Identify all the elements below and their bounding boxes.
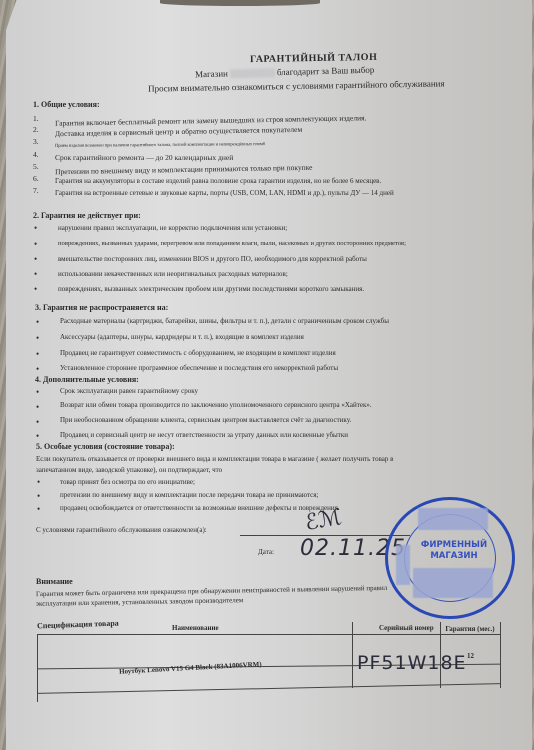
table-cell-name: Ноутбук Lenovo V15 G4 Black (83A1006VRM) — [119, 660, 262, 675]
stamp-line-1: ФИРМЕННЫЙ — [410, 540, 498, 551]
stamp-redacted-area — [396, 545, 410, 585]
section-5-paragraph-line-1: Если покупатель отказывается от проверки… — [36, 455, 393, 463]
table-border-right — [500, 622, 501, 688]
list-item: повреждениях, вызванных электрическим пр… — [58, 285, 364, 293]
table-border-bottom — [37, 683, 501, 694]
stamp-redacted-area — [413, 568, 493, 598]
list-item: Гарантия на аккумуляторы в составе издел… — [55, 177, 381, 185]
list-item: Продавец и сервисный центр не несут отве… — [60, 431, 348, 439]
warranty-card: ГАРАНТИЙНЫЙ ТАЛОН Магазинблагодарит за В… — [0, 0, 534, 750]
item-number: 4. — [33, 150, 39, 159]
list-item: Возврат или обмен товара производится по… — [60, 401, 372, 409]
bullet: • — [34, 269, 37, 279]
list-item: Продавец не гарантирует совместимость с … — [60, 349, 336, 357]
stamp-text: ФИРМЕННЫЙ МАГАЗИН — [410, 540, 498, 562]
list-item: При необоснованном обращении клиента, се… — [60, 416, 351, 424]
stamp-redacted-area — [418, 508, 488, 530]
column-header-name: Наименование — [172, 624, 219, 632]
store-stamp: ФИРМЕННЫЙ МАГАЗИН — [385, 497, 515, 619]
list-item: Срок гарантийного ремонта — до 20 календ… — [55, 153, 233, 162]
item-number: 1. — [33, 114, 39, 123]
bullet: • — [36, 349, 39, 359]
list-item: Установленное стороннее программное обес… — [60, 364, 338, 372]
list-item: Приём изделия возможен при наличии гаран… — [55, 141, 265, 148]
column-header-serial: Серийный номер — [379, 624, 434, 632]
bullet: • — [36, 431, 39, 441]
table-column-divider — [352, 622, 353, 688]
section-1-heading: 1. Общие условия: — [33, 100, 100, 109]
acknowledgement-text: С условиями гарантийного обслуживания оз… — [36, 526, 207, 534]
redacted-shop-name — [230, 69, 275, 79]
item-number: 5. — [33, 162, 39, 171]
bullet: • — [36, 417, 39, 427]
list-item: Гарантия на встроенные сетевые и звуковы… — [55, 189, 394, 197]
bullet: • — [34, 239, 37, 249]
list-item: вмешательстве посторонних лиц, изменении… — [58, 255, 367, 263]
bullet: • — [34, 284, 37, 294]
section-5-heading: 5. Особые условия (состояние товара): — [36, 442, 175, 451]
list-item: Срок эксплуатации равен гарантийному сро… — [60, 387, 198, 395]
customer-signature: ℰℳ — [303, 505, 344, 536]
item-number: 7. — [33, 186, 39, 195]
section-2-heading: 2. Гарантия не действует при: — [33, 211, 141, 220]
document-title: ГАРАНТИЙНЫЙ ТАЛОН — [250, 52, 378, 65]
bullet: • — [36, 317, 39, 327]
thanks-suffix: благодарит за Ваш выбор — [277, 65, 375, 78]
list-item: Расходные материалы (картриджи, батарейк… — [60, 317, 389, 325]
attention-heading: Внимание — [36, 577, 73, 586]
list-item: использовании некачественных или неориги… — [58, 270, 288, 278]
bullet: • — [37, 477, 40, 487]
list-item: продавец освобождается от ответственност… — [60, 504, 340, 512]
section-3-heading: 3. Гарантия не распространяется на: — [35, 303, 168, 312]
bullet: • — [34, 254, 37, 264]
bullet: • — [34, 223, 37, 233]
thanks-prefix: Магазин — [195, 68, 228, 79]
date-label: Дата: — [258, 548, 274, 556]
list-item: товар принят без осмотра по его инициати… — [60, 478, 195, 486]
bullet: • — [36, 402, 39, 412]
column-header-warranty: Гарантия (мес.) — [445, 625, 495, 633]
bullet: • — [36, 333, 39, 343]
bullet: • — [37, 491, 40, 501]
intro-line: Просим внимательно ознакомиться с услови… — [148, 78, 445, 93]
bullet: • — [37, 504, 40, 514]
stamp-line-2: МАГАЗИН — [410, 551, 498, 562]
bullet: • — [36, 387, 39, 397]
bullet: • — [36, 364, 39, 374]
table-border-top — [37, 634, 501, 635]
section-4-heading: 4. Дополнительные условия: — [35, 375, 139, 384]
list-item: претензии по внешнему виду и комплектаци… — [60, 491, 318, 499]
table-cell-serial: PF51W18E — [357, 652, 467, 674]
section-5-paragraph-line-2: запечатанном виде, заводской упаковке), … — [36, 466, 222, 474]
attention-line-2: эксплуатации или хранения, установленных… — [36, 596, 243, 608]
item-number: 3. — [33, 137, 39, 146]
list-item: Претензии по внешнему виду и комплектаци… — [55, 163, 313, 176]
list-item: повреждениях, вызванных ударами, перегре… — [58, 240, 406, 247]
thanks-line: Магазинблагодарит за Ваш выбор — [195, 65, 375, 80]
item-number: 2. — [33, 125, 39, 134]
list-item: Аксессуары (адаптеры, шнуры, кардридеры … — [60, 333, 304, 341]
item-number: 6. — [33, 174, 39, 183]
table-cell-warranty: 12 — [467, 652, 474, 660]
list-item: нарушении правил эксплуатации, не коррек… — [58, 224, 287, 232]
